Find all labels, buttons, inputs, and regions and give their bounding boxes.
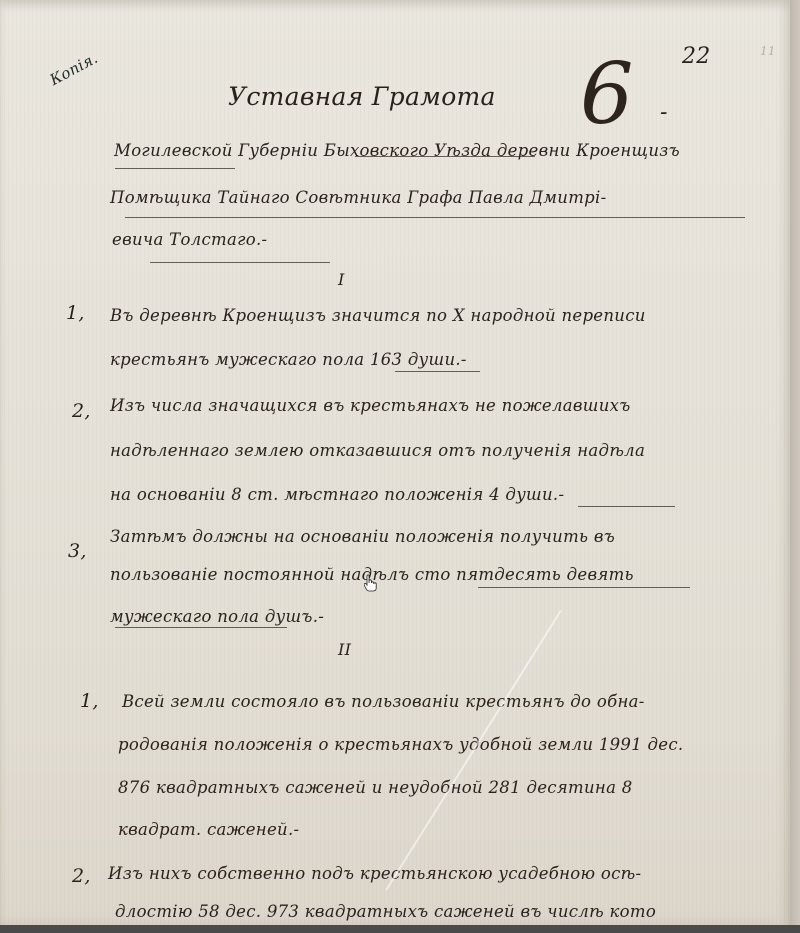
underline xyxy=(115,627,287,628)
underline xyxy=(478,587,690,588)
page-edge xyxy=(790,0,800,925)
item-line: мужескаго пола душъ.- xyxy=(110,607,324,626)
item-line: квадрат. саженей.- xyxy=(118,820,299,839)
item-number: 2, xyxy=(72,865,91,887)
section-label: I xyxy=(338,270,345,289)
item-line: Изъ нихъ собственно подъ крестьянскою ус… xyxy=(108,864,641,883)
margin-note: Копія. xyxy=(47,49,101,89)
document-page: Копія. 6 - 22 11 Уставная Грамота Могиле… xyxy=(0,0,792,925)
item-number: 2, xyxy=(72,400,91,422)
faint-mark: 11 xyxy=(760,44,776,58)
heading-line-2: Помѣщика Тайнаго Совѣтника Графа Павла Д… xyxy=(110,188,606,207)
item-line: крестьянъ мужескаго пола 163 души.- xyxy=(110,350,467,369)
item-line: Изъ числа значащихся въ крестьянахъ не п… xyxy=(110,396,631,415)
item-number: 1, xyxy=(80,690,99,712)
item-line: Затѣмъ должны на основаніи положенія пол… xyxy=(110,527,615,546)
item-line: на основаніи 8 ст. мѣстнаго положенія 4 … xyxy=(110,485,564,504)
bottom-edge xyxy=(0,925,800,933)
hand-pointer-icon xyxy=(364,574,378,592)
underline xyxy=(355,156,535,157)
item-line: длостію 58 дес. 973 квадратныхъ саженей … xyxy=(115,902,656,921)
heading-line-1: Могилевской Губерніи Быховского Уѣзда де… xyxy=(114,141,680,160)
item-line: 876 квадратныхъ саженей и неудобной 281 … xyxy=(118,778,633,797)
heading-line-3: евича Толстаго.- xyxy=(112,230,267,249)
underline xyxy=(578,506,675,507)
divider-rule xyxy=(150,262,330,263)
underline xyxy=(115,168,235,169)
heading-rule xyxy=(125,217,745,218)
page-number: 22 xyxy=(682,44,711,69)
underline xyxy=(395,371,480,372)
item-line: Всей земли состояло въ пользованіи крест… xyxy=(122,692,645,711)
sheet-mark-dash: - xyxy=(660,100,668,125)
item-number: 1, xyxy=(66,302,85,324)
item-line: надѣленнаго землею отказавшися отъ получ… xyxy=(110,441,645,460)
item-line: Въ деревнѣ Кроенщизъ значится по X народ… xyxy=(110,306,646,325)
item-line: родованія положенія о крестьянахъ удобно… xyxy=(118,735,683,754)
section-label: II xyxy=(338,640,351,659)
document-title: Уставная Грамота xyxy=(228,82,496,111)
sheet-mark: 6 xyxy=(580,45,634,143)
item-number: 3, xyxy=(68,540,87,562)
